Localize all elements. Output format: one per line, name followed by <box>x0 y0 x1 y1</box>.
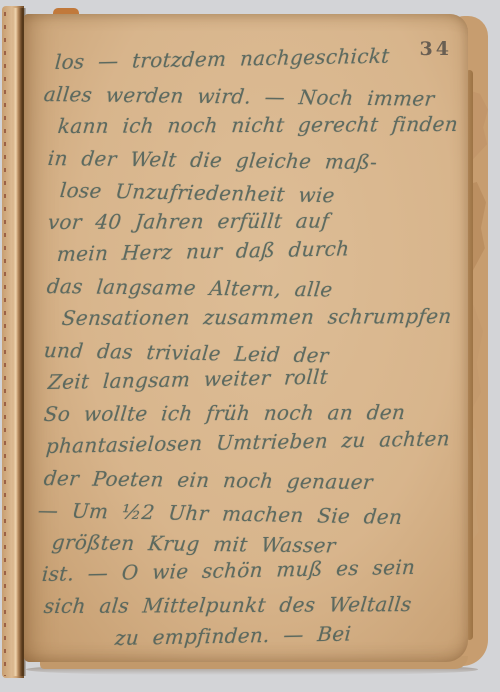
handwriting-line: Zeit langsam weiter rollt <box>47 358 461 398</box>
notebook-page: 34 los — trotzdem nachgeschicktalles wer… <box>24 14 468 662</box>
handwriting-line: zu empfinden. — Bei <box>114 615 461 654</box>
handwriting-line: in der Welt die gleiche maß- <box>46 142 461 179</box>
handwriting-line: kann ich noch nicht gerecht finden <box>56 108 461 142</box>
binding-stitches <box>4 12 6 676</box>
handwriting-line: los — trotzdem nachgeschickt <box>54 38 461 78</box>
handwriting-block: los — trotzdem nachgeschicktalles werden… <box>34 46 460 654</box>
scan-background: 34 los — trotzdem nachgeschicktalles wer… <box>0 0 500 692</box>
handwriting-line: phantasielosen Umtrieben zu achten <box>45 422 461 462</box>
handwriting-line: mein Herz nur daß durch <box>56 230 461 270</box>
handwriting-line: Sensationen zusammen schrumpfen <box>60 300 461 334</box>
handwriting-line: ist. — O wie schön muß es sein <box>41 550 461 590</box>
handwriting-line: der Poeten ein noch genauer <box>42 462 461 499</box>
gutter-crease-ridge <box>13 8 18 676</box>
